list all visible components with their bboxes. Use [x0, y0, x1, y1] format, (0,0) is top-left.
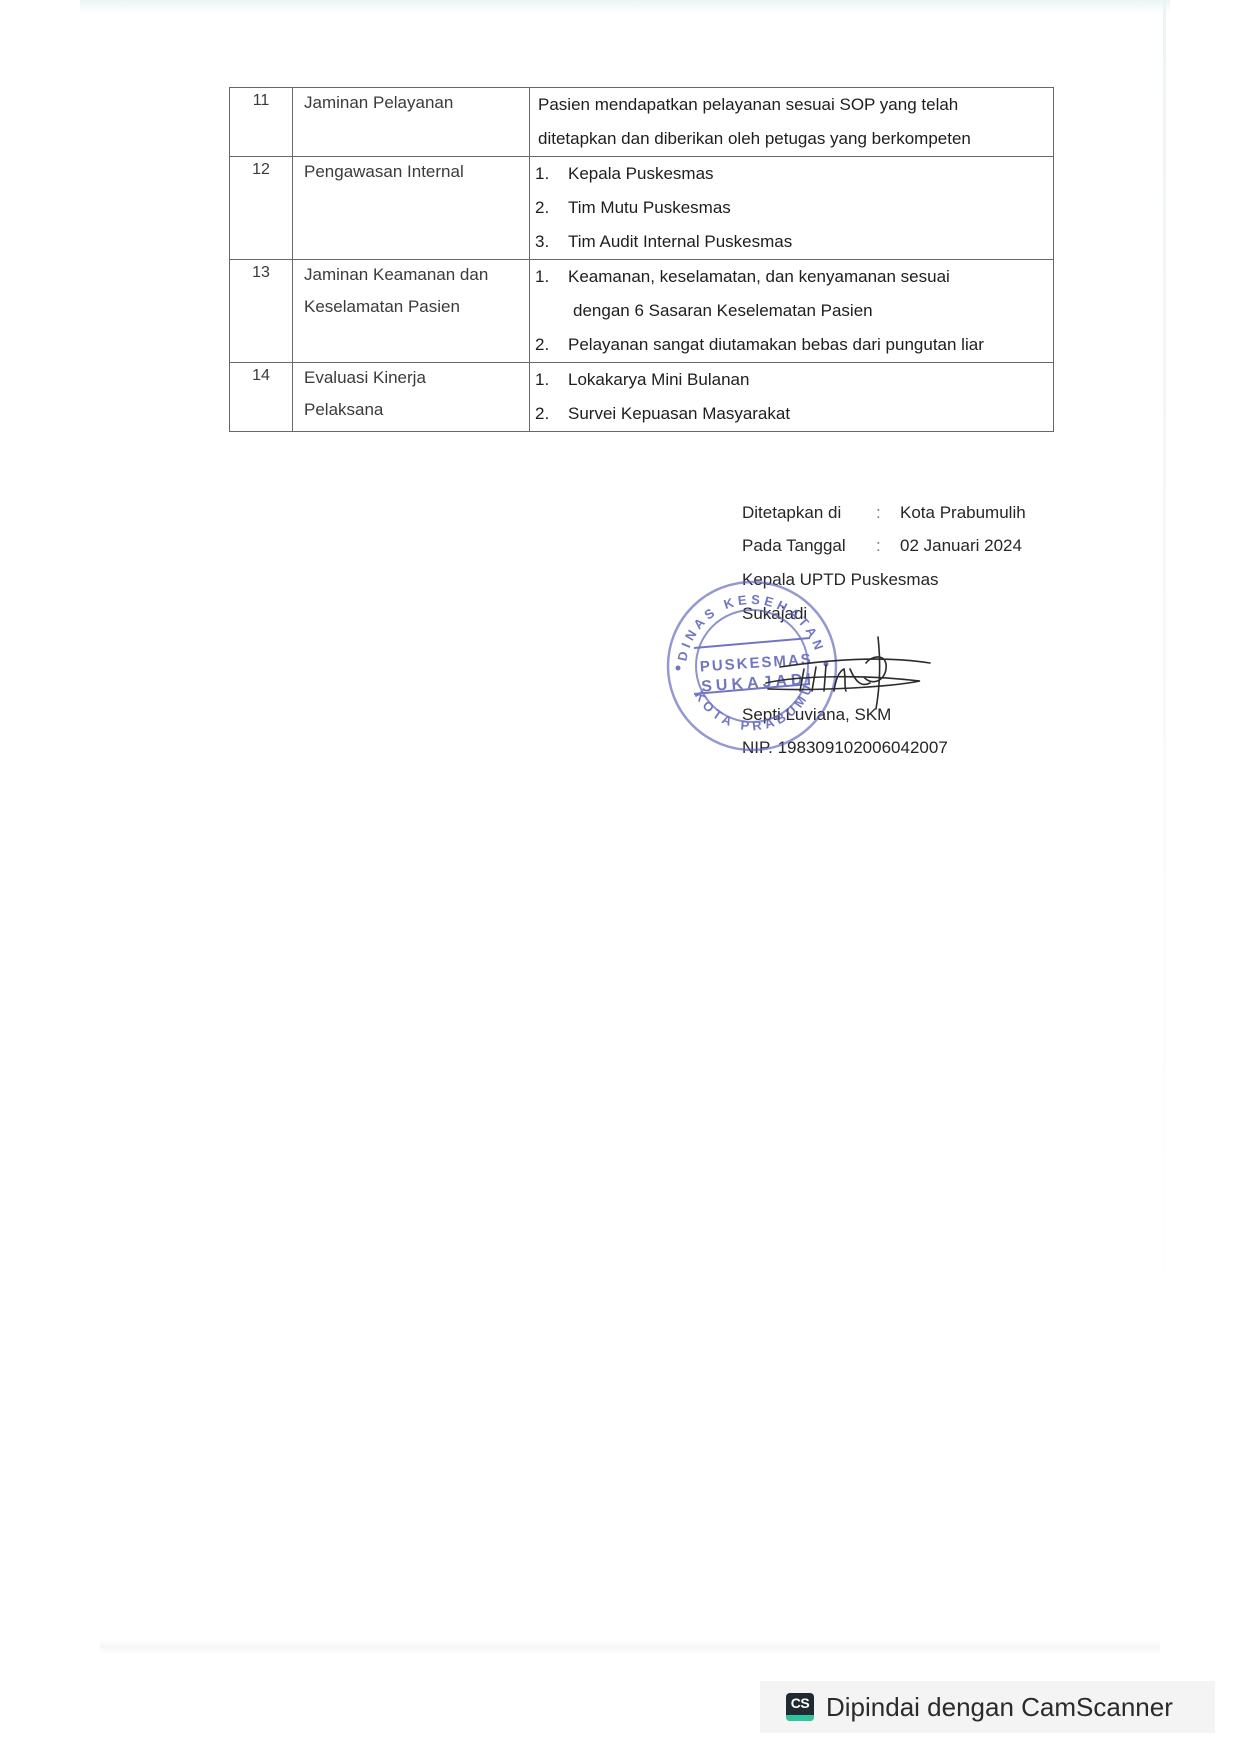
camscanner-watermark: CS Dipindai dengan CamScanner — [760, 1681, 1215, 1733]
enacted-place-label: Ditetapkan di — [742, 503, 841, 523]
list-text: Kepala Puskesmas — [568, 157, 1053, 191]
component-text: Jaminan Keamanan dan — [293, 260, 529, 290]
row-number-cell: 14 — [230, 363, 293, 432]
description-cell: Pasien mendapatkan pelayanan sesuai SOP … — [530, 88, 1054, 157]
component-cell: Evaluasi KinerjaPelaksana — [293, 363, 530, 432]
component-text: Evaluasi Kinerja — [293, 363, 529, 393]
list-text: Keamanan, keselamatan, dan kenyamanan se… — [568, 260, 1053, 294]
list-number: 1. — [535, 260, 568, 294]
component-cell: Jaminan Pelayanan — [293, 88, 530, 157]
description-list-item: 1.Keamanan, keselamatan, dan kenyamanan … — [530, 260, 1053, 328]
list-number: 2. — [535, 191, 568, 225]
list-text: Survei Kepuasan Masyarakat — [568, 397, 1053, 431]
enacted-date-value: 02 Januari 2024 — [900, 536, 1022, 556]
camscanner-watermark-text: Dipindai dengan CamScanner — [826, 1692, 1173, 1723]
list-number: 2. — [535, 328, 568, 362]
list-text: Tim Mutu Puskesmas — [568, 191, 1053, 225]
table-row: 11Jaminan PelayananPasien mendapatkan pe… — [230, 88, 1054, 157]
description-text: ditetapkan dan diberikan oleh petugas ya… — [530, 122, 1053, 156]
list-number: 2. — [535, 397, 568, 431]
list-text: Pelayanan sangat diutamakan bebas dari p… — [568, 328, 1053, 362]
enacted-place-value: Kota Prabumulih — [900, 503, 1026, 523]
table-row: 13Jaminan Keamanan danKeselamatan Pasien… — [230, 260, 1054, 363]
component-cell: Jaminan Keamanan danKeselamatan Pasien — [293, 260, 530, 363]
colon: : — [876, 503, 881, 523]
list-number: 1. — [535, 157, 568, 191]
description-cell: 1.Lokakarya Mini Bulanan2.Survei Kepuasa… — [530, 363, 1054, 432]
camscanner-logo-icon: CS — [786, 1693, 814, 1721]
row-number-cell: 11 — [230, 88, 293, 157]
row-number-cell: 13 — [230, 260, 293, 363]
description-list-item: 3.Tim Audit Internal Puskesmas — [530, 225, 1053, 259]
list-text: Tim Audit Internal Puskesmas — [568, 225, 1053, 259]
row-number: 13 — [230, 260, 292, 282]
service-standard-table: 11Jaminan PelayananPasien mendapatkan pe… — [229, 87, 1054, 432]
description-text: Pasien mendapatkan pelayanan sesuai SOP … — [530, 88, 1053, 122]
table-row: 12Pengawasan Internal1.Kepala Puskesmas2… — [230, 157, 1054, 260]
colon: : — [876, 536, 881, 556]
row-number-cell: 12 — [230, 157, 293, 260]
scan-edge-artifact — [1163, 0, 1166, 1320]
row-number: 14 — [230, 363, 292, 385]
description-list-item: 2.Pelayanan sangat diutamakan bebas dari… — [530, 328, 1053, 362]
enacted-date-label: Pada Tanggal — [742, 536, 846, 556]
table-row: 14Evaluasi KinerjaPelaksana1.Lokakarya M… — [230, 363, 1054, 432]
component-text: Pelaksana — [293, 393, 529, 426]
scan-edge-artifact — [80, 0, 1170, 14]
scan-edge-artifact — [100, 1640, 1160, 1654]
component-text: Pengawasan Internal — [293, 157, 529, 187]
description-list-item: 2.Survei Kepuasan Masyarakat — [530, 397, 1053, 431]
list-text: Lokakarya Mini Bulanan — [568, 363, 1053, 397]
handwritten-signature — [760, 625, 940, 715]
component-text: Keselamatan Pasien — [293, 290, 529, 323]
description-cell: 1.Keamanan, keselamatan, dan kenyamanan … — [530, 260, 1054, 363]
description-list-item: 2.Tim Mutu Puskesmas — [530, 191, 1053, 225]
description-cell: 1.Kepala Puskesmas2.Tim Mutu Puskesmas3.… — [530, 157, 1054, 260]
row-number: 11 — [230, 88, 292, 110]
list-number: 3. — [535, 225, 568, 259]
list-number: 1. — [535, 363, 568, 397]
component-cell: Pengawasan Internal — [293, 157, 530, 260]
camscanner-logo-text: CS — [786, 1695, 814, 1711]
component-text: Jaminan Pelayanan — [293, 88, 529, 118]
description-list-item: 1.Lokakarya Mini Bulanan — [530, 363, 1053, 397]
description-list-item: 1.Kepala Puskesmas — [530, 157, 1053, 191]
list-text-continued: dengan 6 Sasaran Keselematan Pasien — [535, 294, 873, 328]
row-number: 12 — [230, 157, 292, 179]
